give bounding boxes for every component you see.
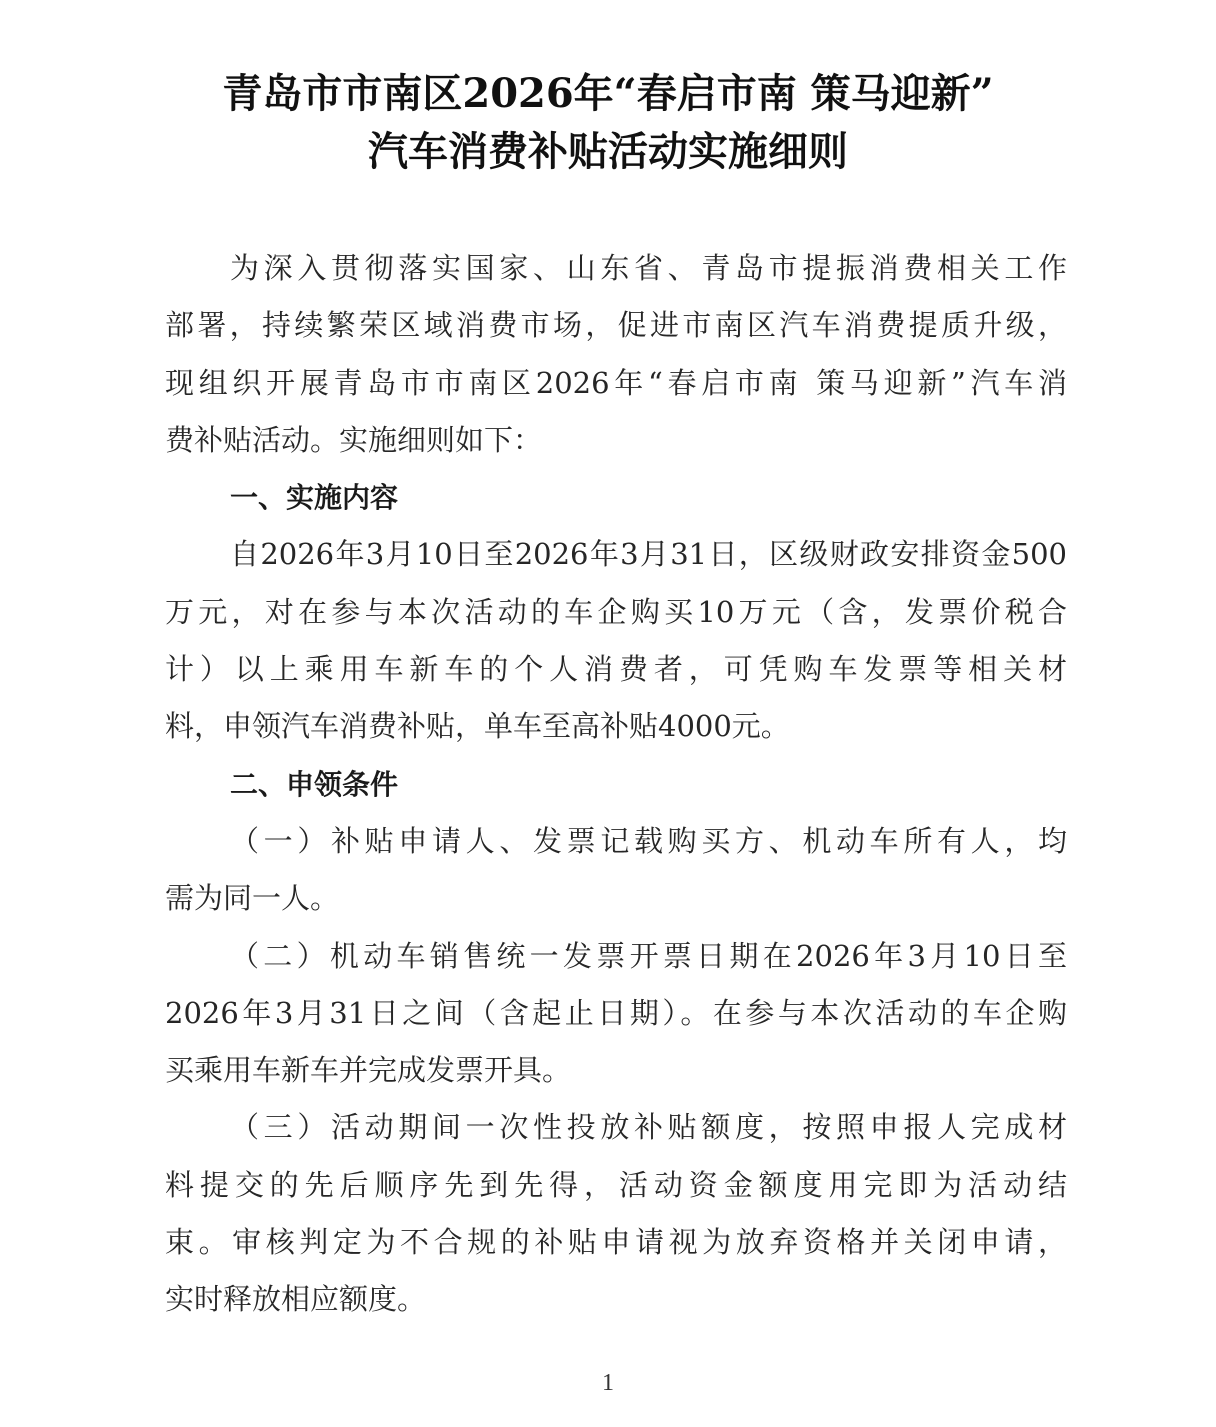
paragraph-line: 计）以上乘用车新车的个人消费者，可凭购车发票等相关材 [165, 641, 1067, 698]
document-title-line-2: 汽车消费补贴活动实施细则 [0, 124, 1216, 180]
paragraph-line: 现组织开展青岛市市南区2026年“春启市南 策马迎新”汽车消 [165, 355, 1067, 412]
document-body: 为深入贯彻落实国家、山东省、青岛市提振消费相关工作 部署，持续繁荣区域消费市场，… [165, 240, 1067, 1329]
condition-item-1: （一）补贴申请人、发票记载购买方、机动车所有人，均 需为同一人。 [165, 813, 1067, 928]
document-title-line-1: 青岛市市南区2026年“春启市南 策马迎新” [0, 66, 1216, 122]
paragraph-line: 自2026年3月10日至2026年3月31日，区级财政安排资金500 [165, 526, 1067, 583]
paragraph-line: （一）补贴申请人、发票记载购买方、机动车所有人，均 [165, 813, 1067, 870]
paragraph-line: 费补贴活动。实施细则如下： [165, 412, 1067, 469]
paragraph-line: 实时释放相应额度。 [165, 1271, 1067, 1328]
page-number: 1 [0, 1370, 1216, 1397]
section-heading: 一、实施内容 [165, 469, 1067, 526]
paragraph-line: 料，申领汽车消费补贴，单车至高补贴4000元。 [165, 698, 1067, 755]
paragraph-line: 部署，持续繁荣区域消费市场，促进市南区汽车消费提质升级， [165, 297, 1067, 354]
paragraph-line: 束。审核判定为不合规的补贴申请视为放弃资格并关闭申请， [165, 1214, 1067, 1271]
paragraph-line: （三）活动期间一次性投放补贴额度，按照申报人完成材 [165, 1099, 1067, 1156]
paragraph-line: 买乘用车新车并完成发票开具。 [165, 1042, 1067, 1099]
condition-item-3: （三）活动期间一次性投放补贴额度，按照申报人完成材 料提交的先后顺序先到先得，活… [165, 1099, 1067, 1328]
paragraph-line: （二）机动车销售统一发票开票日期在2026年3月10日至 [165, 928, 1067, 985]
document-page: 青岛市市南区2026年“春启市南 策马迎新” 汽车消费补贴活动实施细则 为深入贯… [0, 0, 1216, 1427]
section-implementation: 一、实施内容 自2026年3月10日至2026年3月31日，区级财政安排资金50… [165, 469, 1067, 755]
paragraph-line: 需为同一人。 [165, 870, 1067, 927]
paragraph-line: 为深入贯彻落实国家、山东省、青岛市提振消费相关工作 [165, 240, 1067, 297]
intro-paragraph: 为深入贯彻落实国家、山东省、青岛市提振消费相关工作 部署，持续繁荣区域消费市场，… [165, 240, 1067, 469]
section-paragraph: 自2026年3月10日至2026年3月31日，区级财政安排资金500 万元，对在… [165, 526, 1067, 755]
section-eligibility: 二、申领条件 （一）补贴申请人、发票记载购买方、机动车所有人，均 需为同一人。 … [165, 756, 1067, 1329]
section-heading: 二、申领条件 [165, 756, 1067, 813]
condition-item-2: （二）机动车销售统一发票开票日期在2026年3月10日至 2026年3月31日之… [165, 928, 1067, 1100]
paragraph-line: 料提交的先后顺序先到先得，活动资金额度用完即为活动结 [165, 1157, 1067, 1214]
paragraph-line: 2026年3月31日之间（含起止日期）。在参与本次活动的车企购 [165, 985, 1067, 1042]
paragraph-line: 万元，对在参与本次活动的车企购买10万元（含，发票价税合 [165, 584, 1067, 641]
